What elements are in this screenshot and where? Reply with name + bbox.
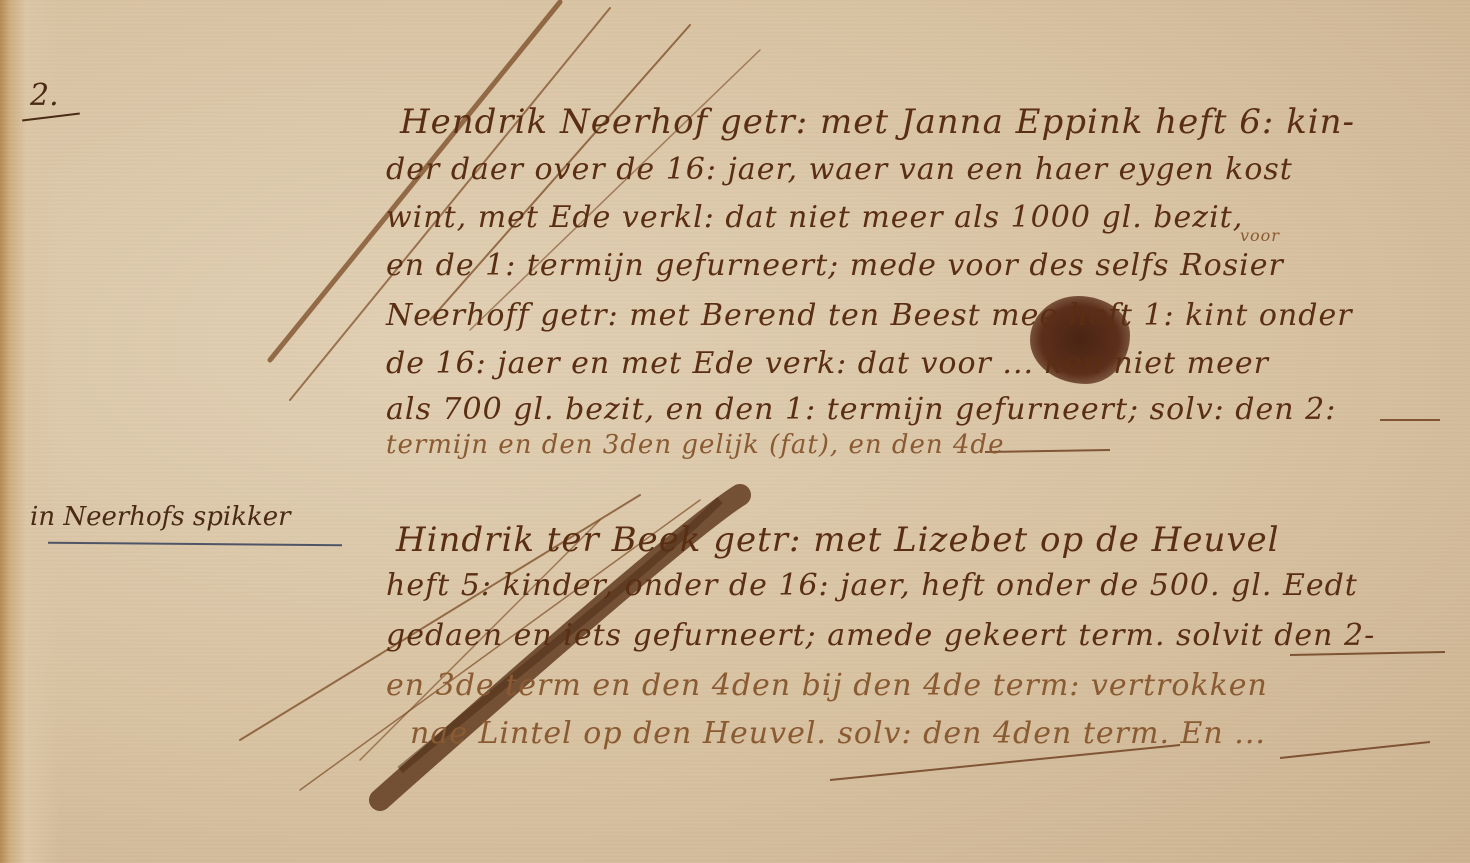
entry-1-superscript: voor: [1240, 226, 1280, 245]
manuscript-page: 2. in Neerhofs spikker Hendrik Neerhof g…: [0, 0, 1470, 863]
entry-2-line-2: heft 5: kinder, onder de 16: jaer, heft …: [386, 568, 1358, 603]
entry-1-line-8: termijn en den 3den gelijk (fat), en den…: [386, 430, 1004, 460]
entry-1-line-2: der daer over de 16: jaer, waer van een …: [386, 152, 1293, 187]
entry-2-line-1: Hindrik ter Beek getr: met Lizebet op de…: [396, 520, 1280, 560]
entry-2-line-4: en 3de term en den 4den bij den 4de term…: [386, 668, 1268, 703]
entry-1-line-4: en de 1: termijn gefurneert; mede voor d…: [386, 248, 1284, 283]
entry-2-line-3: gedaen en iets gefurneert; amede gekeert…: [386, 618, 1375, 653]
entry-1-line-6: de 16: jaer en met Ede verk: dat voor ..…: [386, 346, 1269, 381]
entry-1-line-3: wint, met Ede verkl: dat niet meer als 1…: [386, 200, 1243, 235]
entry-number: 2.: [30, 78, 59, 113]
entry-2-line-5: nae Lintel op den Heuvel. solv: den 4den…: [410, 716, 1266, 751]
entry-1-line-5: Neerhoff getr: met Berend ten Beest mee …: [386, 298, 1353, 333]
entry-1-line-1: Hendrik Neerhof getr: met Janna Eppink h…: [400, 102, 1355, 142]
entry-1-line-7: als 700 gl. bezit, en den 1: termijn gef…: [386, 392, 1336, 427]
margin-note-location: in Neerhofs spikker: [30, 502, 291, 532]
